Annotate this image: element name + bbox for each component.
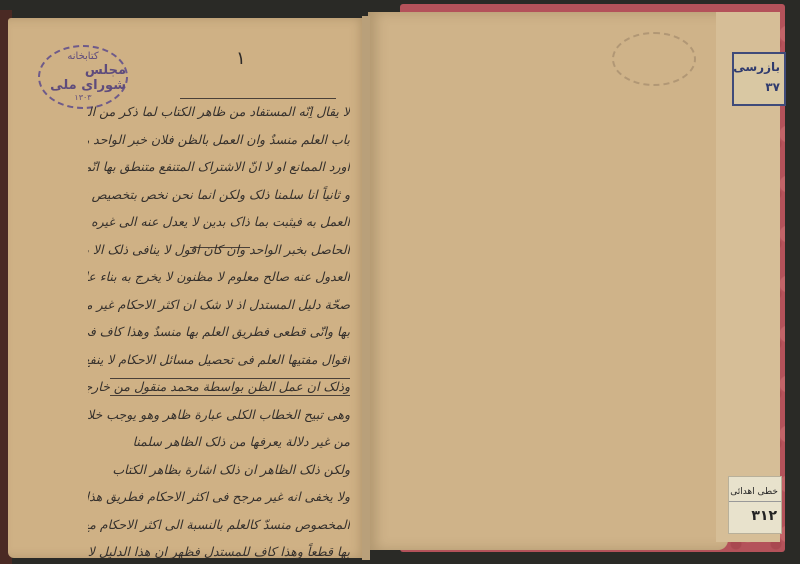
text-line: من غیر دلالة یعرفها من ذلک الظاهر سلمنا (88, 428, 350, 456)
folio-number: ١ (236, 48, 246, 69)
text-line: باب العلم منسدٌ وان العمل بالظن فلان خبر… (88, 126, 350, 154)
text-line: المخصوص منسدّ کالعلم بالنسبة الی اکثر ال… (88, 511, 350, 539)
library-stamp-line1: کتابخانه (67, 51, 98, 63)
page-gutter (362, 16, 370, 560)
text-line: و ثانیاً انا سلمنا ذلک ولکن انما نحن نخص… (88, 181, 350, 209)
text-line: الحاصل بخبر الواحد وان کان اقول لا ینافی… (88, 236, 350, 264)
inspection-stamp-title: بازرسی (734, 54, 784, 74)
text-line: العمل به فیثبت بما ذاک بدین لا یعدل عنه … (88, 208, 350, 236)
text-line: وذلک ان عمل الظن بواسطة محمد منقول من خا… (88, 373, 350, 401)
library-stamp-line2: مجلس شورای ملی (40, 63, 126, 93)
text-line: بها قطعاً وهذا کاف للمستدل فظهر ان هذا ا… (88, 538, 350, 564)
shelf-label: خطی اهدائی ۳۱۲ (728, 476, 782, 534)
text-line: العدول عنه صالح معلوم لا مظنون لا یخرج ب… (88, 263, 350, 291)
text-line: صحّة دلیل المستدل اذ لا شک ان اکثر الاحک… (88, 291, 350, 319)
text-line: اورد الممانع او لا انّ الاشتراک المتنفع … (88, 153, 350, 181)
shelf-label-number: ۳۱۲ (729, 502, 781, 524)
shelf-label-title: خطی اهدائی (729, 477, 781, 502)
text-line: وهی تبیح الخطاب الکلی عبارة ظاهر وهو یوج… (88, 401, 350, 429)
faded-stamp-ghost (612, 32, 696, 86)
inspection-stamp-number: ۳۷ (734, 74, 784, 94)
text-line: ولکن ذلک الظاهر ان ذلک اشارة بظاهر الکتا… (88, 456, 350, 484)
text-line: اقوال مفتیها العلم فی تحصیل مسائل الاحکا… (88, 346, 350, 374)
text-line: لا یقال اِنّه المستفاد من ظاهر الکتاب لم… (88, 98, 350, 126)
text-line: بها وانّی قطعی فطریق العلم بها منسدٌ وهذ… (88, 318, 350, 346)
text-line: ولا یخفی انه غیر مرجح فی اکثر الاحکام فط… (88, 483, 350, 511)
manuscript-text: لا یقال اِنّه المستفاد من ظاهر الکتاب لم… (88, 98, 350, 564)
right-page-blank: blank (368, 12, 728, 550)
inspection-stamp: بازرسی ۳۷ (732, 52, 786, 106)
